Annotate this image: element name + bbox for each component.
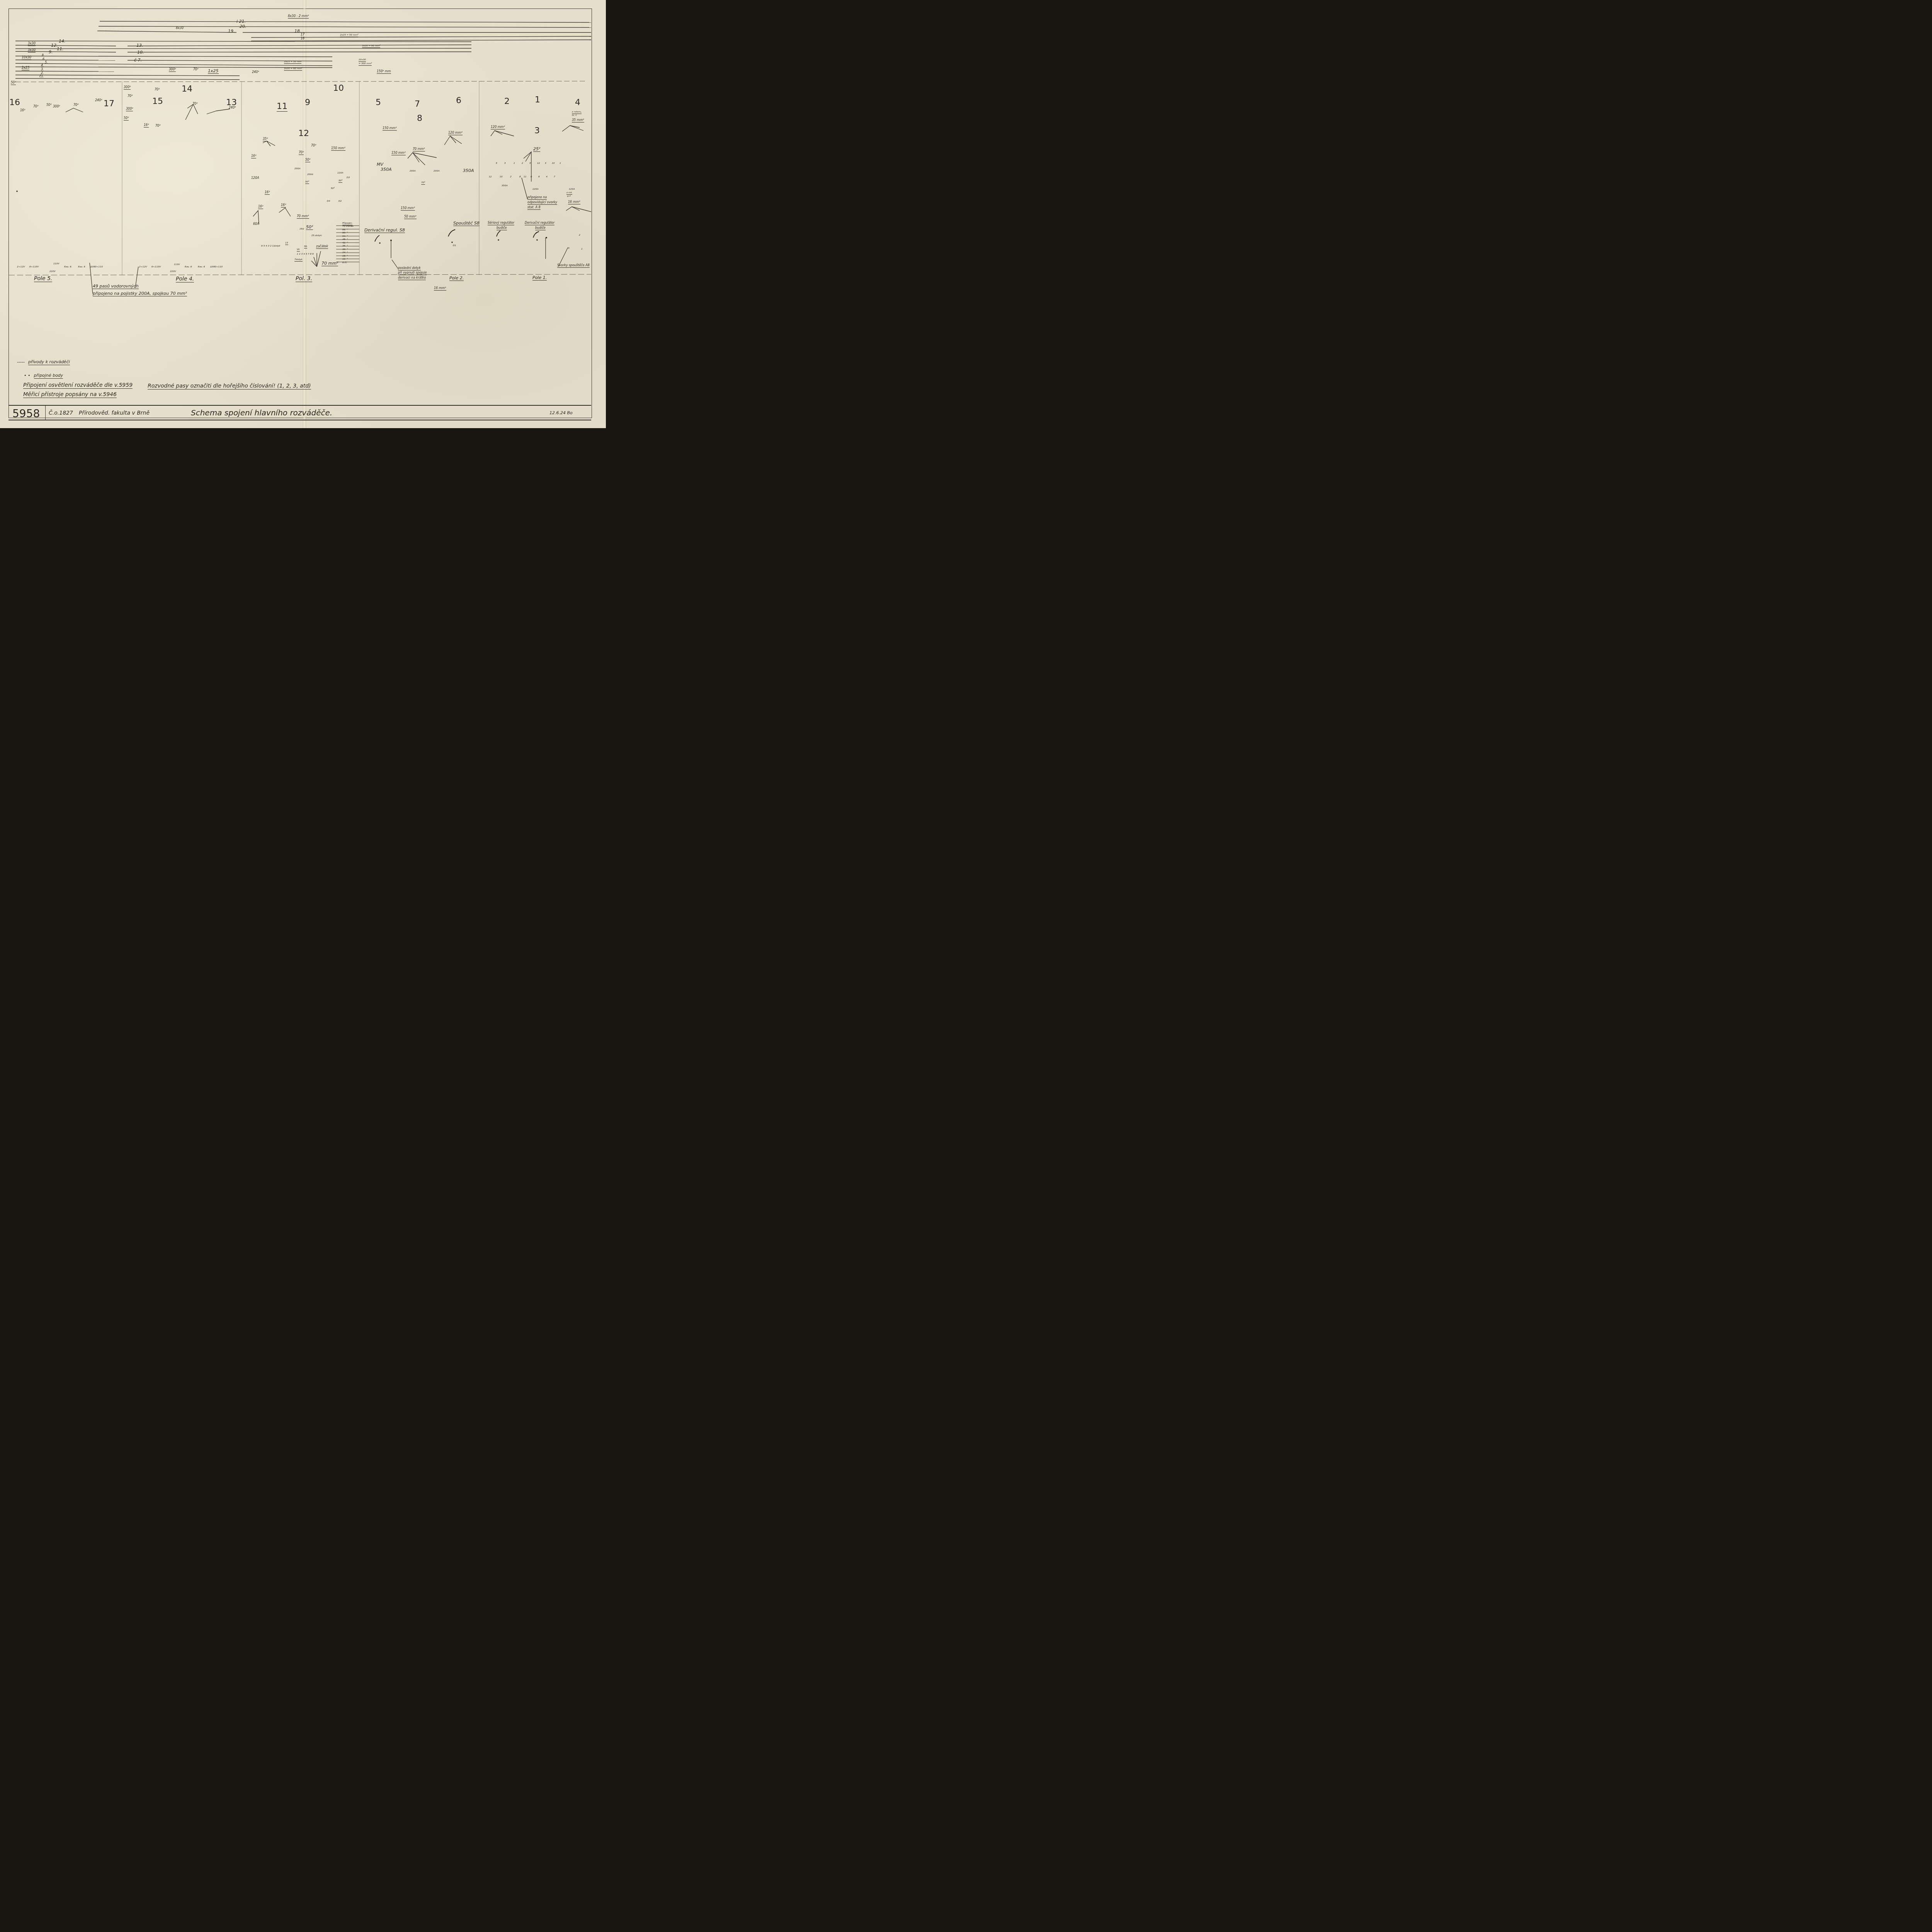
terminal-number: 4: [546, 176, 554, 178]
p3-cable-16d: 16²: [281, 204, 286, 207]
field-number-17: 17: [104, 100, 114, 108]
size-10x30: 10x30: [359, 59, 366, 62]
p1-starter-terminals: Svorky spouštěče A8: [557, 264, 590, 268]
p2-cable-50: 50 mm²: [404, 215, 417, 219]
pole-5-label: Pole 5.: [34, 276, 52, 282]
dot-symbol: • •: [24, 373, 30, 378]
field-number-8: 8: [417, 114, 422, 123]
cable-240: 240²: [252, 71, 259, 74]
busbar-label-5: 5.: [45, 61, 48, 64]
cable-150: 150² mm: [377, 70, 391, 74]
p3-diode-d4: D4: [327, 200, 330, 202]
p2-fuse-200a: 200A: [410, 170, 416, 172]
p4-cable-300b: 300²: [126, 107, 133, 111]
connected-item: 6.čl.: [342, 262, 354, 265]
p4-volt-220: 220V: [170, 270, 176, 273]
p5-cable-50: 50²: [46, 104, 51, 107]
p5-cable-50: 50²: [11, 81, 16, 85]
p1-rotor-note-1: z rotoru,: [572, 111, 582, 114]
busbar-label-9: 9.: [49, 50, 53, 54]
busbar-label-16: 16: [301, 37, 304, 40]
p3-cable-70a: 70²: [299, 151, 304, 155]
note-meters: Měřicí přístroje popsány na v.5946: [23, 392, 117, 398]
pole-2-label: Pole 2.: [449, 276, 464, 281]
busbar-label-4: 4.: [41, 64, 44, 67]
p3-cable-50e: 50²: [306, 225, 313, 230]
p4-cable-70d: 70²: [192, 102, 197, 105]
p3-fuse-200a: 200A: [294, 168, 301, 170]
p1-note-line1: připojeno na: [527, 196, 547, 200]
legend-feeders: ----- přívody k rozváděči: [17, 357, 70, 365]
p2-deriv-regulator: Derivační regul. S8: [364, 228, 405, 233]
field-number-2: 2: [504, 97, 510, 106]
terminal-number: 5: [529, 162, 537, 165]
p5-cable-70a: 70²: [33, 105, 38, 108]
field-number-5: 5: [376, 99, 381, 107]
p3-cable-50c: 50²: [338, 180, 342, 183]
note-lighting: Připojení osvětlení rozváděče dle v.5959: [23, 383, 133, 389]
size-3x30-b: 3x30: [28, 49, 36, 53]
order-reference: Č.o.1827: [49, 410, 73, 416]
busbar-label-20: 20.: [240, 24, 247, 29]
p4-delta: Δ380÷110: [210, 266, 223, 268]
switch-contact-19: 19d: [299, 228, 304, 230]
terminal-number: 10: [552, 162, 560, 165]
cable-1x25: 1x25: [208, 69, 219, 74]
p4-rav-6a: Rav. 6: [185, 266, 192, 268]
client-name: Přírodověd. fakulta v Brně: [79, 410, 150, 416]
p3-cable-70b: 70²: [311, 144, 316, 147]
p3-cable-70mm-bottom: 70 mm²: [321, 261, 338, 266]
p1-note-line3: stat. A 8: [527, 206, 541, 210]
p3-cable-150: 150 mm²: [331, 147, 345, 151]
pole-4-label: Pole 4.: [176, 276, 194, 282]
p3-cable-35: 35²: [263, 138, 268, 141]
field-number-6: 6: [456, 97, 461, 105]
pole-3-label: Pol. 3.: [296, 276, 312, 282]
legend-points-label: připojné body: [34, 373, 63, 379]
p1-terminal-3: 3: [568, 247, 570, 250]
size-10x30-left: 10x30: [22, 56, 31, 60]
terminal-number: 11: [524, 176, 531, 178]
p1-terminal-1: 1: [581, 248, 583, 250]
field-number-4: 4: [575, 99, 580, 107]
terminal-number: 10: [500, 176, 510, 178]
p4-volt-110: 6÷110V: [151, 266, 161, 268]
p5-volt-110: 6÷110V: [29, 266, 39, 268]
p2-cable-150a: 150 mm²: [383, 127, 397, 131]
terminal-number: 5: [496, 162, 504, 165]
p1-cable-16: 16 mm²: [568, 201, 580, 204]
title-divider: [45, 406, 46, 420]
terminal-number: 6: [531, 176, 538, 178]
size-2x25-50-top: 2x25 = 50 mm²: [340, 34, 358, 37]
terminal-number: 8: [519, 176, 524, 178]
busbar-label-8: 8.: [42, 54, 45, 57]
cable-300: 300²: [169, 68, 176, 72]
p3-cable-16a: 16²: [251, 155, 256, 158]
p2-note-line3: derivaci na krátko: [398, 276, 426, 280]
legend-points: • • připojné body: [24, 371, 63, 378]
p1-cable-35: 35 mm²: [572, 119, 584, 122]
p3-cable-70mm-top: 70 mm²: [297, 215, 309, 219]
field-number-16: 16: [9, 99, 20, 107]
terminal-number: 2: [522, 162, 529, 165]
p5-rav-6b: Rav. 6: [78, 266, 85, 268]
p1-rot-pf-1: z rot.: [566, 192, 572, 195]
p4-cable-70c: 70²: [155, 124, 160, 128]
p2-d1: D1: [453, 245, 456, 247]
size-3x30-90-mid: 3x30 = 90 mm²: [284, 68, 302, 71]
drawing-sheet: i 21. 20. 19. 18. 17 16 8x30 - 2 mm² 8x3…: [0, 0, 606, 428]
terminal-number: 1: [560, 162, 566, 165]
p2-cable-120: 120 mm²: [448, 131, 463, 135]
busbar-label-13: 13.: [136, 43, 143, 48]
p1-terminal-row-2: 12 10 2 8 11 6 9 4 7: [489, 176, 561, 178]
size-2x25: 2x25: [22, 66, 29, 70]
p3-cable-50b: 50²: [305, 181, 309, 184]
busbar-label-2: 2.: [41, 71, 44, 75]
legend-feeders-label: přívody k rozváděči: [28, 359, 70, 365]
p1-fuse-350a: 350A: [502, 185, 508, 187]
p2-cable-70: 70 mm²: [413, 148, 425, 151]
p2-cable-150c: 150 mm²: [401, 207, 415, 211]
busbar-label-21: i 21.: [236, 19, 246, 24]
p4-cable-50: 50²: [124, 117, 129, 121]
size-8x30: 8x30: [176, 27, 184, 30]
p4-note-line1: 49 pasů vodorovných: [93, 284, 139, 289]
switch-contact-25: 25.dotyk: [311, 235, 321, 237]
p5-delta: Δ380÷110: [90, 266, 103, 268]
cable-70: 70²: [193, 68, 198, 71]
drawing-number: 5958: [12, 407, 40, 420]
terminal-number: 9: [538, 176, 546, 178]
p2-cable-150b: 150 mm²: [391, 151, 406, 155]
p5-cable-70b: 70²: [73, 104, 78, 107]
p4-cable-16: 16²: [144, 124, 149, 128]
p1-deriv-regulator: Derivační regulátor: [525, 221, 554, 225]
pole-1-label: Pole 1.: [532, 276, 547, 281]
p2-fuse-200b: 200A: [434, 170, 440, 172]
switch-vk: Vk: [297, 248, 300, 252]
p2-cable-16: 16 mm²: [434, 287, 446, 291]
busbar-label-7: č 7.: [134, 58, 142, 62]
p5-cable-300: 300²: [53, 105, 60, 108]
field-number-12: 12: [298, 129, 309, 138]
terminal-number: 3: [545, 162, 552, 165]
p3-cable-50d: 50²: [331, 187, 335, 190]
p1-deriv-regulator-2: budiče: [535, 226, 546, 230]
p2-fuse-350b: 350A: [463, 168, 474, 173]
p1-rot-pf-2: p.f.: [567, 195, 571, 197]
busbar-label-10: 10.: [137, 50, 144, 54]
p1-cable-25: 25²: [533, 147, 540, 152]
terminal-number: 12: [537, 162, 545, 165]
size-300mm: = 300 mm²: [359, 63, 372, 66]
field-number-7: 7: [415, 100, 420, 109]
terminal-number: 3: [504, 162, 514, 165]
p2-note-line2: při vypnutí spojuje: [398, 271, 427, 275]
busbar-lines: [0, 0, 606, 428]
p2-mv-label: MV: [377, 162, 383, 167]
p2-fuse-350a: 350A: [381, 167, 392, 172]
p1-serial-regulator: Sériový regulátor: [488, 221, 514, 225]
dashed-line-symbol: -----: [17, 359, 25, 364]
busbar-label-18: 18.: [294, 29, 301, 33]
busbar-label-14: 14.: [59, 39, 66, 43]
terminal-number: 7: [554, 176, 561, 178]
p2-starter: Spouštěč S8: [453, 221, 480, 226]
p5-volt-110b: 110V: [53, 263, 60, 265]
field-number-1: 1: [535, 96, 540, 104]
note-busbars: Rozvodné pasy označiti dle hořejšího čís…: [148, 383, 311, 389]
p4-cable-70b: 70²: [155, 88, 160, 91]
busbar-label-1: č1.: [39, 75, 44, 78]
title-block: 5958 Č.o.1827 Přírodověd. fakulta v Brně…: [9, 405, 591, 420]
size-3x30-90-top: 3x30 = 90 mm²: [362, 45, 380, 48]
drawing-title: Schema spojení hlavního rozváděče.: [191, 409, 332, 417]
p4-cable-70a: 70²: [128, 95, 133, 98]
p1-rotor-note-2: hl. f.: [572, 114, 577, 117]
busbar-label-19: 19.: [228, 29, 235, 33]
date-signature: 12.6.24 Bo: [549, 411, 573, 415]
p5-cable-240: 240²: [95, 99, 102, 102]
connected-list: 72.článek 66. " 60. " 54. " 48. " 42. " …: [342, 225, 354, 265]
switch-contacts-left: 6 5 4 3 2 1dotyk: [261, 245, 280, 247]
switch-start: začátek: [316, 245, 328, 249]
p2-note-line1: poslední dotyk: [398, 267, 421, 270]
field-number-14: 14: [182, 85, 192, 94]
p4-volt-110b: 110V: [174, 264, 180, 266]
switch-nk: Nk: [304, 245, 307, 248]
p3-diode-d3: D3: [347, 177, 350, 179]
p3-cable-16b: 16²: [265, 191, 270, 195]
p4-volt-12: 2÷12V: [139, 266, 147, 268]
terminal-number: 12: [489, 176, 500, 178]
terminal-number: 2: [510, 176, 519, 178]
p5-volt-12: 2÷12V: [17, 266, 25, 268]
p1-terminal-2: 2: [579, 234, 580, 236]
p4-note-line2: připojeno na pojistky 200A, spojkou 70 m…: [93, 291, 187, 296]
p4-cable-300a: 300²: [124, 86, 131, 90]
switch-ring: 1 2 3 4 5 7 8 9: [297, 253, 314, 255]
busbar-label-17: 17: [301, 33, 304, 36]
p1-cable-120: 120 mm²: [491, 126, 505, 129]
field-number-10: 10: [333, 84, 344, 93]
p3-fuse-60a: 60A: [253, 223, 259, 226]
field-number-15: 15: [152, 97, 163, 106]
field-number-3: 3: [534, 127, 540, 135]
field-number-9: 9: [305, 99, 310, 107]
p3-fuse-120b: 120A: [337, 172, 344, 174]
size-3x30-a: 3x30: [28, 42, 36, 46]
p2-cable-70b: 70²: [421, 182, 425, 185]
size-2x25-50-mid: 2x25 = 50 mm: [284, 61, 301, 64]
p1-serial-regulator-2: budiče: [497, 226, 507, 230]
p1-fuse-120a: 120A: [532, 188, 539, 190]
p1-terminal-row-1: 5 3 1 2 5 12 3 10 1: [496, 162, 566, 165]
terminal-number: 1: [514, 162, 522, 165]
p5-volt-220: 220V: [49, 270, 56, 273]
switch-contact-13: 13: [285, 242, 288, 245]
p5-cable-16: 16²: [20, 109, 25, 112]
size-8x30-2: 8x30 - 2 mm²: [288, 15, 309, 19]
p1-note-line2: odpovídající svorky: [527, 201, 557, 205]
p3-diode-d2: D2: [338, 200, 342, 202]
busbar-label-3: 3.: [41, 68, 44, 71]
p3-fuse-120a: 120A: [251, 177, 259, 180]
p4-cable-240: 240²: [229, 106, 236, 109]
busbar-label-11: 11.: [57, 47, 64, 51]
p4-rav-6b: Rav. 6: [198, 266, 205, 268]
p3-cable-50a: 50²: [305, 158, 310, 162]
field-number-11: 11: [277, 102, 287, 112]
p5-rav-6a: Rav. 6.: [64, 266, 72, 268]
p3-fuse-200b: 200A: [307, 173, 313, 176]
p1-fuse-120b: 120A: [569, 188, 575, 190]
switch-contact-7: 7dotyk: [294, 259, 303, 262]
p3-cable-16c: 16²: [258, 205, 263, 209]
